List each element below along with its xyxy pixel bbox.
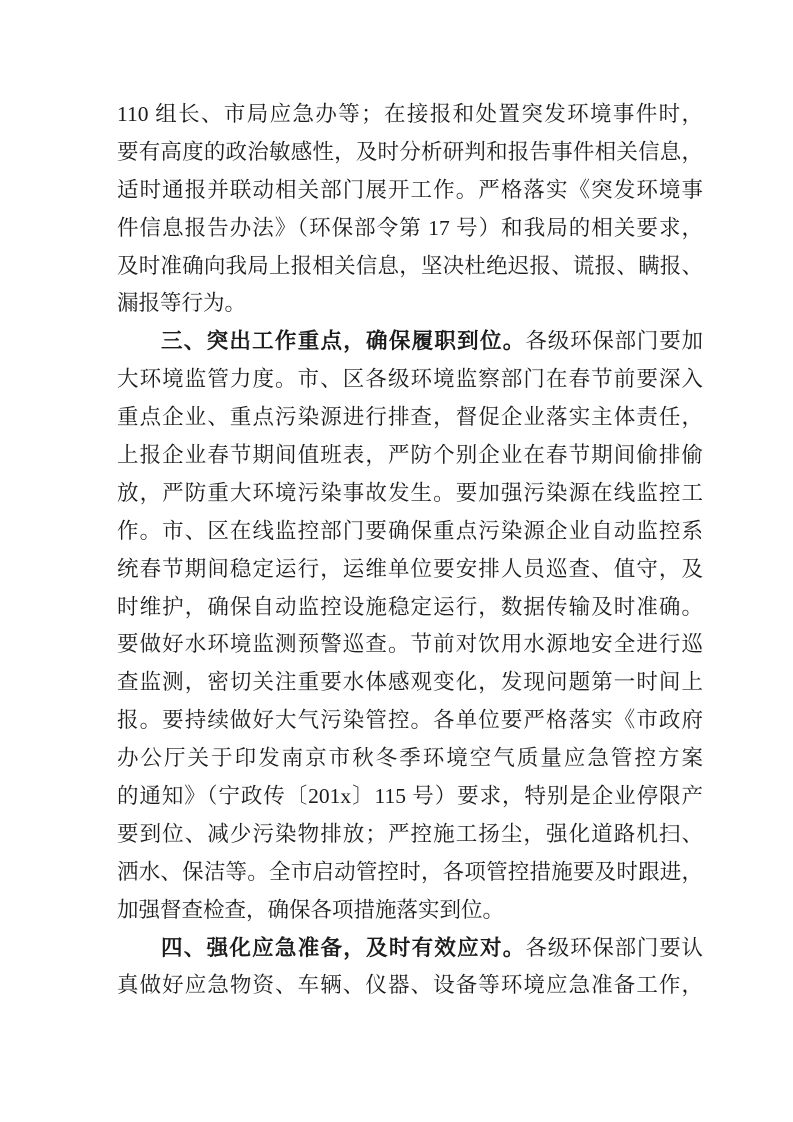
line-text: 上报企业春节期间值班表，严防个别企业在春节期间偷排偷: [117, 443, 703, 467]
line-text: 洒水、保洁等。全市启动管控时，各项管控措施要及时跟进，: [117, 860, 703, 884]
text-line: 适时通报并联动相关部门展开工作。严格落实《突发环境事: [117, 172, 703, 210]
text-line: 大环境监管力度。市、区各级环境监察部门在春节前要深入: [117, 361, 703, 399]
text-line: 真做好应急物资、车辆、仪器、设备等环境应急准备工作，: [117, 967, 703, 1005]
text-line: 漏报等行为。: [117, 285, 703, 323]
text-line: 报。要持续做好大气污染管控。各单位要严格落实《市政府: [117, 702, 703, 740]
line-text: 加强督查检查，确保各项措施落实到位。: [117, 898, 504, 922]
text-line: 110 组长、市局应急办等；在接报和处置突发环境事件时，: [117, 96, 703, 134]
line-text: 适时通报并联动相关部门展开工作。严格落实《突发环境事: [117, 178, 703, 202]
line-text: 要到位、减少污染物排放；严控施工扬尘，强化道路机扫、: [117, 822, 703, 846]
text-line: 办公厅关于印发南京市秋冬季环境空气质量应急管控方案: [117, 740, 703, 778]
line-text: 大环境监管力度。市、区各级环境监察部门在春节前要深入: [117, 367, 703, 391]
line-text: 时维护，确保自动监控设施稳定运行，数据传输及时准确。: [117, 595, 703, 619]
text-line: 查监测，密切关注重要水体感观变化，发现问题第一时间上: [117, 664, 703, 702]
line-text: 真做好应急物资、车辆、仪器、设备等环境应急准备工作，: [117, 973, 703, 997]
text-line: 时维护，确保自动监控设施稳定运行，数据传输及时准确。: [117, 589, 703, 627]
text-line: 放，严防重大环境污染事故发生。要加强污染源在线监控工: [117, 475, 703, 513]
text-line: 的通知》（宁政传〔201x〕115 号）要求，特别是企业停限产: [117, 778, 703, 816]
line-text: 重点企业、重点污染源进行排查，督促企业落实主体责任，: [117, 405, 703, 429]
line-text: 件信息报告办法》（环保部令第 17 号）和我局的相关要求，: [117, 216, 703, 240]
line-text: 要做好水环境监测预警巡查。节前对饮用水源地安全进行巡: [117, 632, 703, 656]
text-line: 上报企业春节期间值班表，严防个别企业在春节期间偷排偷: [117, 437, 703, 475]
line-text: 的通知》（宁政传〔201x〕115 号）要求，特别是企业停限产: [117, 784, 703, 808]
line-text: 查监测，密切关注重要水体感观变化，发现问题第一时间上: [117, 670, 703, 694]
text-line: 四、强化应急准备，及时有效应对。各级环保部门要认: [117, 930, 703, 968]
line-text: 要有高度的政治敏感性，及时分析研判和报告事件相关信息，: [117, 140, 703, 164]
line-text: 统春节期间稳定运行，运维单位要安排人员巡查、值守，及: [117, 557, 703, 581]
line-text: 放，严防重大环境污染事故发生。要加强污染源在线监控工: [117, 481, 703, 505]
line-text: 办公厅关于印发南京市秋冬季环境空气质量应急管控方案: [117, 746, 703, 770]
text-line: 及时准确向我局上报相关信息，坚决杜绝迟报、谎报、瞒报、: [117, 248, 703, 286]
line-text: 110 组长、市局应急办等；在接报和处置突发环境事件时，: [117, 102, 703, 126]
text-line: 统春节期间稳定运行，运维单位要安排人员巡查、值守，及: [117, 551, 703, 589]
line-text: 漏报等行为。: [117, 291, 246, 315]
text-line: 要做好水环境监测预警巡查。节前对饮用水源地安全进行巡: [117, 626, 703, 664]
text-line: 重点企业、重点污染源进行排查，督促企业落实主体责任，: [117, 399, 703, 437]
line-text: 作。市、区在线监控部门要确保重点污染源企业自动监控系: [117, 519, 703, 543]
section-heading-4: 四、强化应急准备，及时有效应对。: [161, 936, 526, 960]
text-line: 洒水、保洁等。全市启动管控时，各项管控措施要及时跟进，: [117, 854, 703, 892]
document-text-block: 110 组长、市局应急办等；在接报和处置突发环境事件时， 要有高度的政治敏感性，…: [117, 96, 703, 1005]
text-line: 作。市、区在线监控部门要确保重点污染源企业自动监控系: [117, 513, 703, 551]
section-heading-3: 三、突出工作重点，确保履职到位。: [161, 329, 526, 353]
line-text: 报。要持续做好大气污染管控。各单位要严格落实《市政府: [117, 708, 703, 732]
document-page: 110 组长、市局应急办等；在接报和处置突发环境事件时， 要有高度的政治敏感性，…: [0, 0, 793, 1122]
text-line: 要到位、减少污染物排放；严控施工扬尘，强化道路机扫、: [117, 816, 703, 854]
line-text: 各级环保部门要加: [526, 329, 703, 353]
line-text: 及时准确向我局上报相关信息，坚决杜绝迟报、谎报、瞒报、: [117, 254, 703, 278]
text-line: 三、突出工作重点，确保履职到位。各级环保部门要加: [117, 323, 703, 361]
line-text: 各级环保部门要认: [526, 936, 703, 960]
text-line: 件信息报告办法》（环保部令第 17 号）和我局的相关要求，: [117, 210, 703, 248]
text-line: 加强督查检查，确保各项措施落实到位。: [117, 892, 703, 930]
text-line: 要有高度的政治敏感性，及时分析研判和报告事件相关信息，: [117, 134, 703, 172]
